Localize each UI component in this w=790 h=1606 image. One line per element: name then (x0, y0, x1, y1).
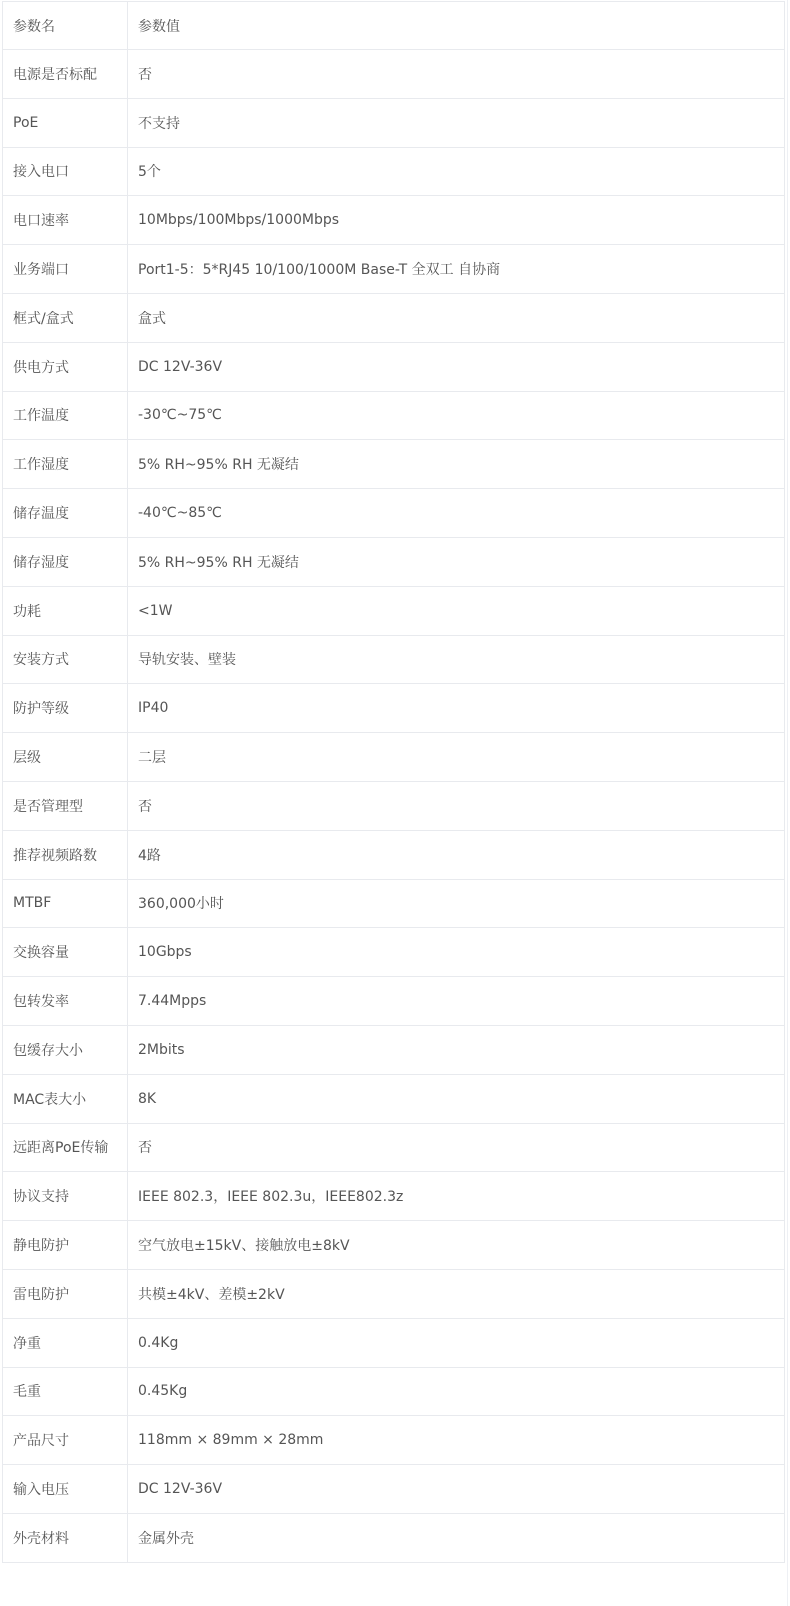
param-name-cell: 包转发率 (3, 977, 128, 1026)
table-row: 包缓存大小2Mbits (3, 1025, 785, 1074)
param-name-cell: 供电方式 (3, 342, 128, 391)
table-row: 净重0.4Kg (3, 1318, 785, 1367)
param-name-cell: 产品尺寸 (3, 1416, 128, 1465)
table-row: 毛重0.45Kg (3, 1367, 785, 1416)
param-value-cell: 不支持 (128, 98, 785, 147)
param-name-cell: 功耗 (3, 586, 128, 635)
param-name-cell: 雷电防护 (3, 1269, 128, 1318)
table-row: 静电防护空气放电±15kV、接触放电±8kV (3, 1221, 785, 1270)
param-name-cell: 框式/盒式 (3, 293, 128, 342)
spec-table: 参数名 参数值 电源是否标配否PoE不支持接入电口5个电口速率10Mbps/10… (2, 1, 785, 1563)
table-row: 功耗<1W (3, 586, 785, 635)
table-row: 接入电口5个 (3, 147, 785, 196)
table-row: 工作温度-30℃~75℃ (3, 391, 785, 440)
param-name-cell: 电口速率 (3, 196, 128, 245)
param-name-cell: PoE (3, 98, 128, 147)
param-value-cell: IP40 (128, 684, 785, 733)
param-value-cell: 盒式 (128, 293, 785, 342)
table-row: 电源是否标配否 (3, 50, 785, 99)
param-value-cell: 金属外壳 (128, 1513, 785, 1562)
param-value-cell: 10Gbps (128, 928, 785, 977)
param-name-cell: 协议支持 (3, 1172, 128, 1221)
param-value-cell: 0.4Kg (128, 1318, 785, 1367)
param-name-cell: 储存温度 (3, 489, 128, 538)
param-value-cell: 4路 (128, 830, 785, 879)
param-value-cell: 二层 (128, 733, 785, 782)
table-row: 储存温度-40℃~85℃ (3, 489, 785, 538)
param-name-cell: 储存湿度 (3, 537, 128, 586)
param-name-cell: 层级 (3, 733, 128, 782)
table-row: 层级二层 (3, 733, 785, 782)
table-row: 包转发率7.44Mpps (3, 977, 785, 1026)
param-name-cell: 安装方式 (3, 635, 128, 684)
param-value-cell: 导轨安装、壁装 (128, 635, 785, 684)
param-value-cell: 否 (128, 1123, 785, 1172)
header-param-name: 参数名 (3, 2, 128, 50)
table-row: MAC表大小8K (3, 1074, 785, 1123)
param-value-cell: Port1-5：5*RJ45 10/100/1000M Base-T 全双工 自… (128, 245, 785, 294)
table-row: 工作湿度5% RH~95% RH 无凝结 (3, 440, 785, 489)
table-row: 推荐视频路数4路 (3, 830, 785, 879)
table-row: 协议支持IEEE 802.3，IEEE 802.3u，IEEE802.3z (3, 1172, 785, 1221)
table-row: 安装方式导轨安装、壁装 (3, 635, 785, 684)
param-name-cell: 工作湿度 (3, 440, 128, 489)
table-row: 外壳材料金属外壳 (3, 1513, 785, 1562)
param-value-cell: 5个 (128, 147, 785, 196)
param-name-cell: 包缓存大小 (3, 1025, 128, 1074)
param-value-cell: 空气放电±15kV、接触放电±8kV (128, 1221, 785, 1270)
table-row: 是否管理型否 (3, 781, 785, 830)
param-value-cell: -40℃~85℃ (128, 489, 785, 538)
param-name-cell: MTBF (3, 879, 128, 928)
table-row: 产品尺寸118mm × 89mm × 28mm (3, 1416, 785, 1465)
param-name-cell: 工作温度 (3, 391, 128, 440)
param-value-cell: 8K (128, 1074, 785, 1123)
param-value-cell: -30℃~75℃ (128, 391, 785, 440)
param-value-cell: 7.44Mpps (128, 977, 785, 1026)
table-row: 防护等级IP40 (3, 684, 785, 733)
table-row: PoE不支持 (3, 98, 785, 147)
table-row: MTBF360,000小时 (3, 879, 785, 928)
param-name-cell: MAC表大小 (3, 1074, 128, 1123)
param-value-cell: 否 (128, 50, 785, 99)
param-name-cell: 防护等级 (3, 684, 128, 733)
param-value-cell: 否 (128, 781, 785, 830)
param-name-cell: 远距离PoE传输 (3, 1123, 128, 1172)
param-value-cell: 118mm × 89mm × 28mm (128, 1416, 785, 1465)
table-header-row: 参数名 参数值 (3, 2, 785, 50)
table-row: 交换容量10Gbps (3, 928, 785, 977)
param-value-cell: IEEE 802.3，IEEE 802.3u，IEEE802.3z (128, 1172, 785, 1221)
param-name-cell: 电源是否标配 (3, 50, 128, 99)
param-name-cell: 交换容量 (3, 928, 128, 977)
param-value-cell: 0.45Kg (128, 1367, 785, 1416)
table-row: 远距离PoE传输否 (3, 1123, 785, 1172)
table-row: 输入电压DC 12V-36V (3, 1465, 785, 1514)
header-param-value: 参数值 (128, 2, 785, 50)
table-row: 储存湿度5% RH~95% RH 无凝结 (3, 537, 785, 586)
table-row: 电口速率10Mbps/100Mbps/1000Mbps (3, 196, 785, 245)
param-value-cell: 共模±4kV、差模±2kV (128, 1269, 785, 1318)
param-name-cell: 推荐视频路数 (3, 830, 128, 879)
param-value-cell: 10Mbps/100Mbps/1000Mbps (128, 196, 785, 245)
param-name-cell: 输入电压 (3, 1465, 128, 1514)
param-value-cell: DC 12V-36V (128, 1465, 785, 1514)
param-value-cell: 360,000小时 (128, 879, 785, 928)
table-row: 框式/盒式盒式 (3, 293, 785, 342)
param-value-cell: 2Mbits (128, 1025, 785, 1074)
param-name-cell: 是否管理型 (3, 781, 128, 830)
param-name-cell: 接入电口 (3, 147, 128, 196)
param-value-cell: 5% RH~95% RH 无凝结 (128, 440, 785, 489)
param-value-cell: 5% RH~95% RH 无凝结 (128, 537, 785, 586)
table-row: 供电方式DC 12V-36V (3, 342, 785, 391)
param-name-cell: 静电防护 (3, 1221, 128, 1270)
param-value-cell: DC 12V-36V (128, 342, 785, 391)
param-name-cell: 业务端口 (3, 245, 128, 294)
table-row: 业务端口Port1-5：5*RJ45 10/100/1000M Base-T 全… (3, 245, 785, 294)
param-value-cell: <1W (128, 586, 785, 635)
right-edge-divider (787, 0, 788, 1606)
param-name-cell: 净重 (3, 1318, 128, 1367)
param-name-cell: 外壳材料 (3, 1513, 128, 1562)
table-row: 雷电防护共模±4kV、差模±2kV (3, 1269, 785, 1318)
param-name-cell: 毛重 (3, 1367, 128, 1416)
